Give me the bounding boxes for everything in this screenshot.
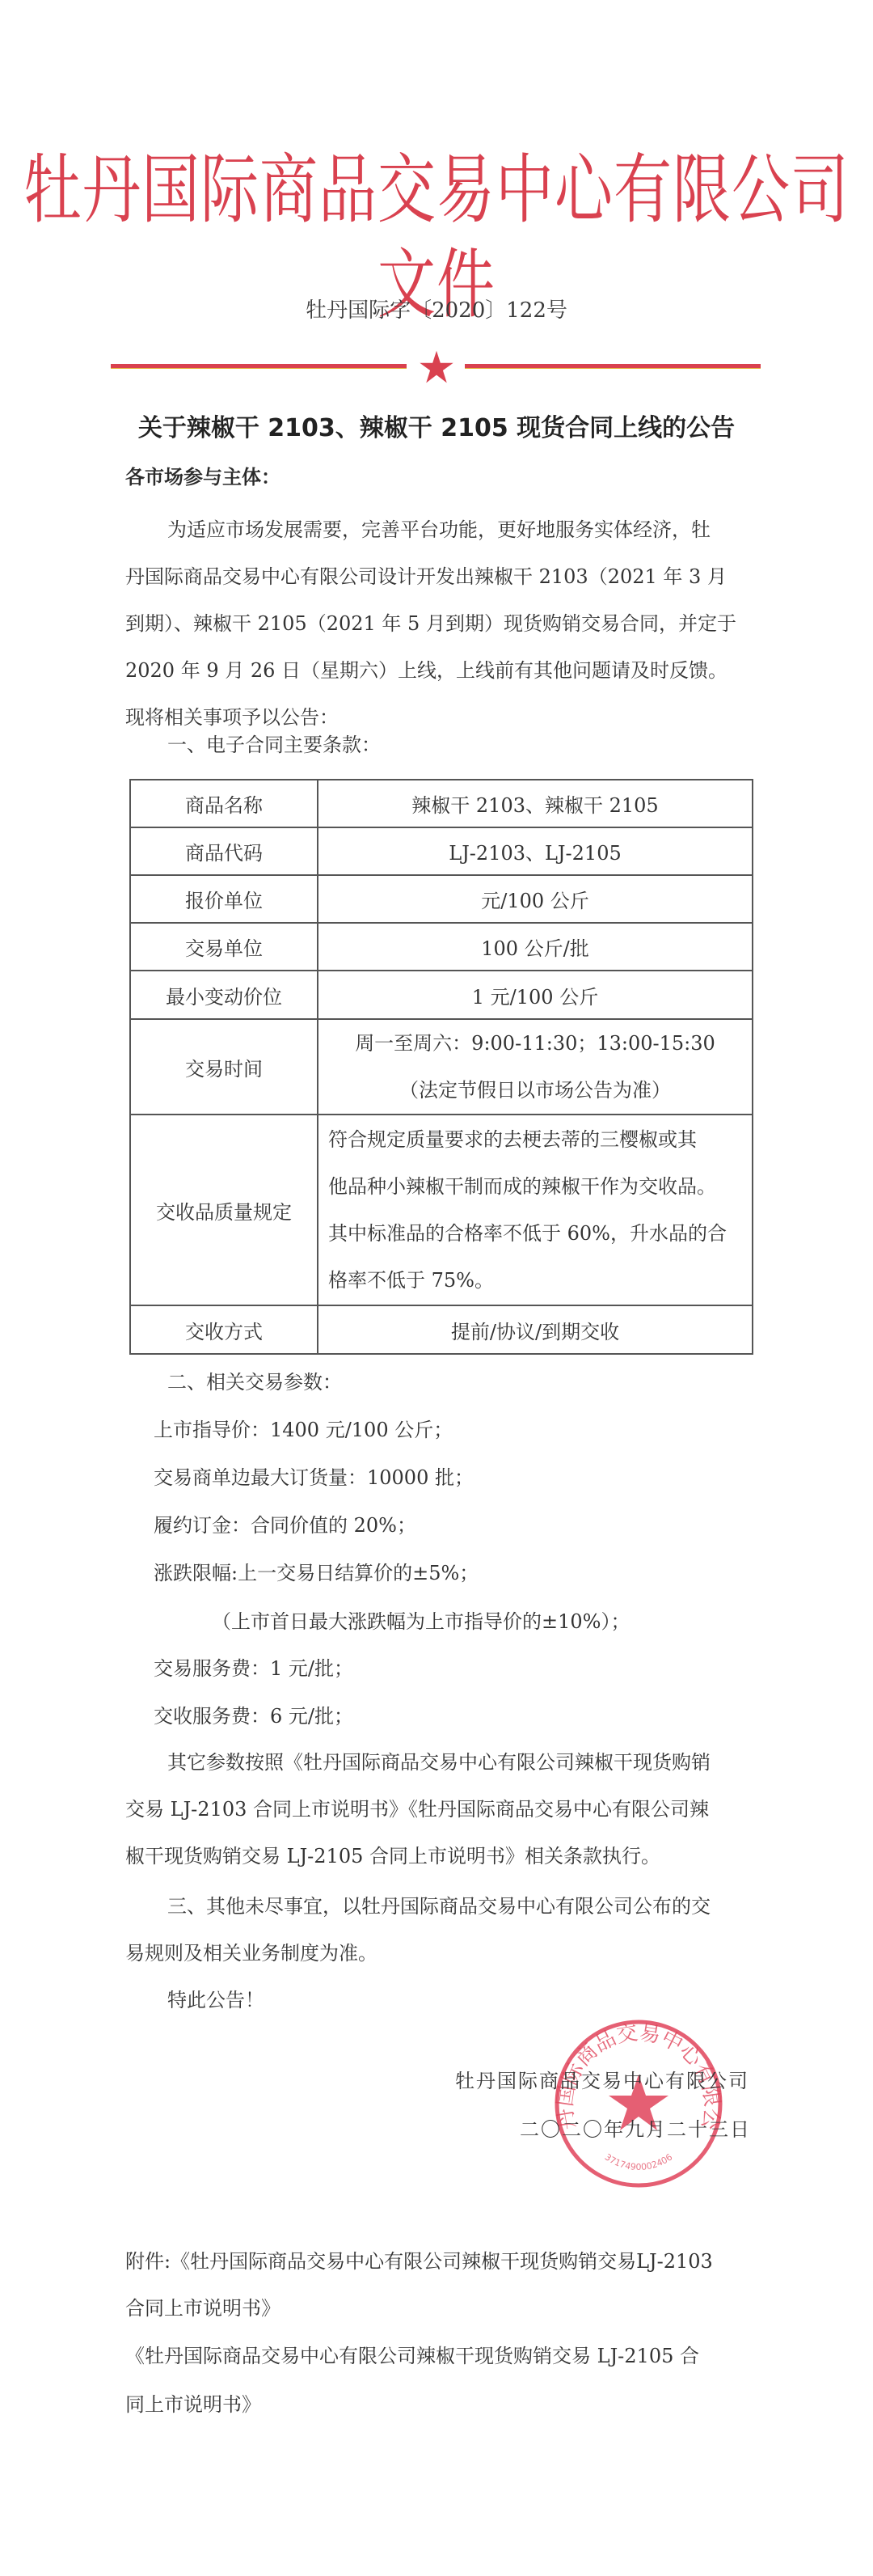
table-row: 商品名称 辣椒干 2103、辣椒干 2105: [130, 780, 753, 827]
term-value: 元/100 公斤: [318, 875, 753, 923]
attachment-line: 《牡丹国际商品交易中心有限公司辣椒干现货购销交易 LJ-2105 合: [125, 2341, 699, 2371]
other-params-line: 椒干现货购销交易 LJ-2105 合同上市说明书》相关条款执行。: [125, 1833, 764, 1880]
svg-text:3717490002406: 3717490002406: [603, 2151, 675, 2172]
table-row: 报价单位 元/100 公斤: [130, 875, 753, 923]
attachment-line: 合同上市说明书》: [125, 2294, 280, 2323]
section3-paragraph: 三、其他未尽事宜，以牡丹国际商品交易中心有限公司公布的交 易规则及相关业务制度为…: [125, 1883, 764, 2024]
term-key: 商品代码: [130, 827, 318, 875]
param-guide-price: 上市指导价：1400 元/100 公斤；: [154, 1415, 453, 1445]
other-params-paragraph: 其它参数按照《牡丹国际商品交易中心有限公司辣椒干现货购销 交易 LJ-2103 …: [125, 1739, 764, 1880]
term-key: 交易单位: [130, 923, 318, 971]
param-deposit: 履约订金：合同价值的 20%；: [154, 1511, 416, 1540]
term-key: 交易时间: [130, 1019, 318, 1115]
term-key: 交收品质量规定: [130, 1115, 318, 1305]
table-row: 最小变动价位 1 元/100 公斤: [130, 971, 753, 1019]
other-params-line: 交易 LJ-2103 合同上市说明书》《牡丹国际商品交易中心有限公司辣: [125, 1786, 764, 1833]
table-row: 交易单位 100 公斤/批: [130, 923, 753, 971]
term-value-line: 他品种小辣椒干制而成的辣椒干作为交收品。: [328, 1163, 747, 1210]
section3-line: 易规则及相关业务制度为准。: [125, 1930, 764, 1977]
table-row: 商品代码 LJ-2103、LJ-2105: [130, 827, 753, 875]
term-value: 周一至周六：9:00-11:30；13:00-15:30 （法定节假日以市场公告…: [318, 1019, 753, 1115]
table-row: 交易时间 周一至周六：9:00-11:30；13:00-15:30 （法定节假日…: [130, 1019, 753, 1115]
header-divider-right: [465, 364, 761, 369]
salutation: 各市场参与主体：: [125, 463, 280, 492]
term-value: 1 元/100 公斤: [318, 971, 753, 1019]
intro-paragraph: 为适应市场发展需要，完善平台功能，更好地服务实体经济，牡 丹国际商品交易中心有限…: [125, 506, 764, 741]
term-value: 100 公斤/批: [318, 923, 753, 971]
term-key: 报价单位: [130, 875, 318, 923]
table-row: 交收方式 提前/协议/到期交收: [130, 1305, 753, 1354]
term-value: LJ-2103、LJ-2105: [318, 827, 753, 875]
intro-line: 为适应市场发展需要，完善平台功能，更好地服务实体经济，牡: [125, 506, 764, 553]
header-divider-left: [111, 364, 407, 369]
term-key: 交收方式: [130, 1305, 318, 1354]
term-value-line: 符合规定质量要求的去梗去蒂的三樱椒或其: [328, 1116, 747, 1163]
term-value: 提前/协议/到期交收: [318, 1305, 753, 1354]
signature-date: 二〇二〇年九月二十三日: [520, 2113, 751, 2142]
document-number: 牡丹国际字〔2020〕122号: [0, 296, 873, 325]
intro-line: 2020 年 9 月 26 日（星期六）上线，上线前有其他问题请及时反馈。: [125, 647, 764, 694]
param-first-day-limit: （上市首日最大涨跌幅为上市指导价的±10%）；: [212, 1607, 630, 1636]
attachment-line: 同上市说明书》: [125, 2390, 261, 2419]
notice-headline: 关于辣椒干 2103、辣椒干 2105 现货合同上线的公告: [0, 411, 873, 446]
term-value: 符合规定质量要求的去梗去蒂的三樱椒或其 他品种小辣椒干制而成的辣椒干作为交收品。…: [318, 1115, 753, 1305]
param-delivery-fee: 交收服务费：6 元/批；: [154, 1702, 353, 1731]
section3-line: 三、其他未尽事宜，以牡丹国际商品交易中心有限公司公布的交: [125, 1883, 764, 1930]
contract-terms-table: 商品名称 辣椒干 2103、辣椒干 2105 商品代码 LJ-2103、LJ-2…: [129, 779, 753, 1355]
other-params-line: 其它参数按照《牡丹国际商品交易中心有限公司辣椒干现货购销: [125, 1739, 764, 1786]
term-value-line: 格率不低于 75%。: [328, 1257, 747, 1304]
table-row: 交收品质量规定 符合规定质量要求的去梗去蒂的三樱椒或其 他品种小辣椒干制而成的辣…: [130, 1115, 753, 1305]
intro-line: 丹国际商品交易中心有限公司设计开发出辣椒干 2103（2021 年 3 月: [125, 553, 764, 600]
intro-line: 到期）、辣椒干 2105（2021 年 5 月到期）现货购销交易合同，并定于: [125, 600, 764, 647]
term-value-line: （法定节假日以市场公告为准）: [318, 1067, 752, 1114]
term-key: 商品名称: [130, 780, 318, 827]
term-value: 辣椒干 2103、辣椒干 2105: [318, 780, 753, 827]
company-seal-icon: 牡丹国际商品交易中心有限公司 3717490002406: [553, 2018, 724, 2189]
term-value-line: 周一至周六：9:00-11:30；13:00-15:30: [318, 1020, 752, 1067]
attachment-line: 附件:《牡丹国际商品交易中心有限公司辣椒干现货购销交易LJ-2103: [125, 2247, 713, 2276]
closing-text: 特此公告！: [125, 1977, 764, 2024]
section2-title: 二、相关交易参数：: [167, 1368, 342, 1397]
term-key: 最小变动价位: [130, 971, 318, 1019]
star-icon: [419, 349, 454, 385]
term-value-line: 其中标准品的合格率不低于 60%，升水品的合: [328, 1210, 747, 1257]
param-price-limit: 涨跌限幅:上一交易日结算价的±5%；: [154, 1559, 479, 1588]
section1-title: 一、电子合同主要条款：: [125, 721, 806, 768]
signature-company: 牡丹国际商品交易中心有限公司: [455, 2065, 749, 2093]
param-trade-fee: 交易服务费：1 元/批；: [154, 1654, 353, 1683]
param-max-order: 交易商单边最大订货量：10000 批；: [154, 1463, 474, 1492]
